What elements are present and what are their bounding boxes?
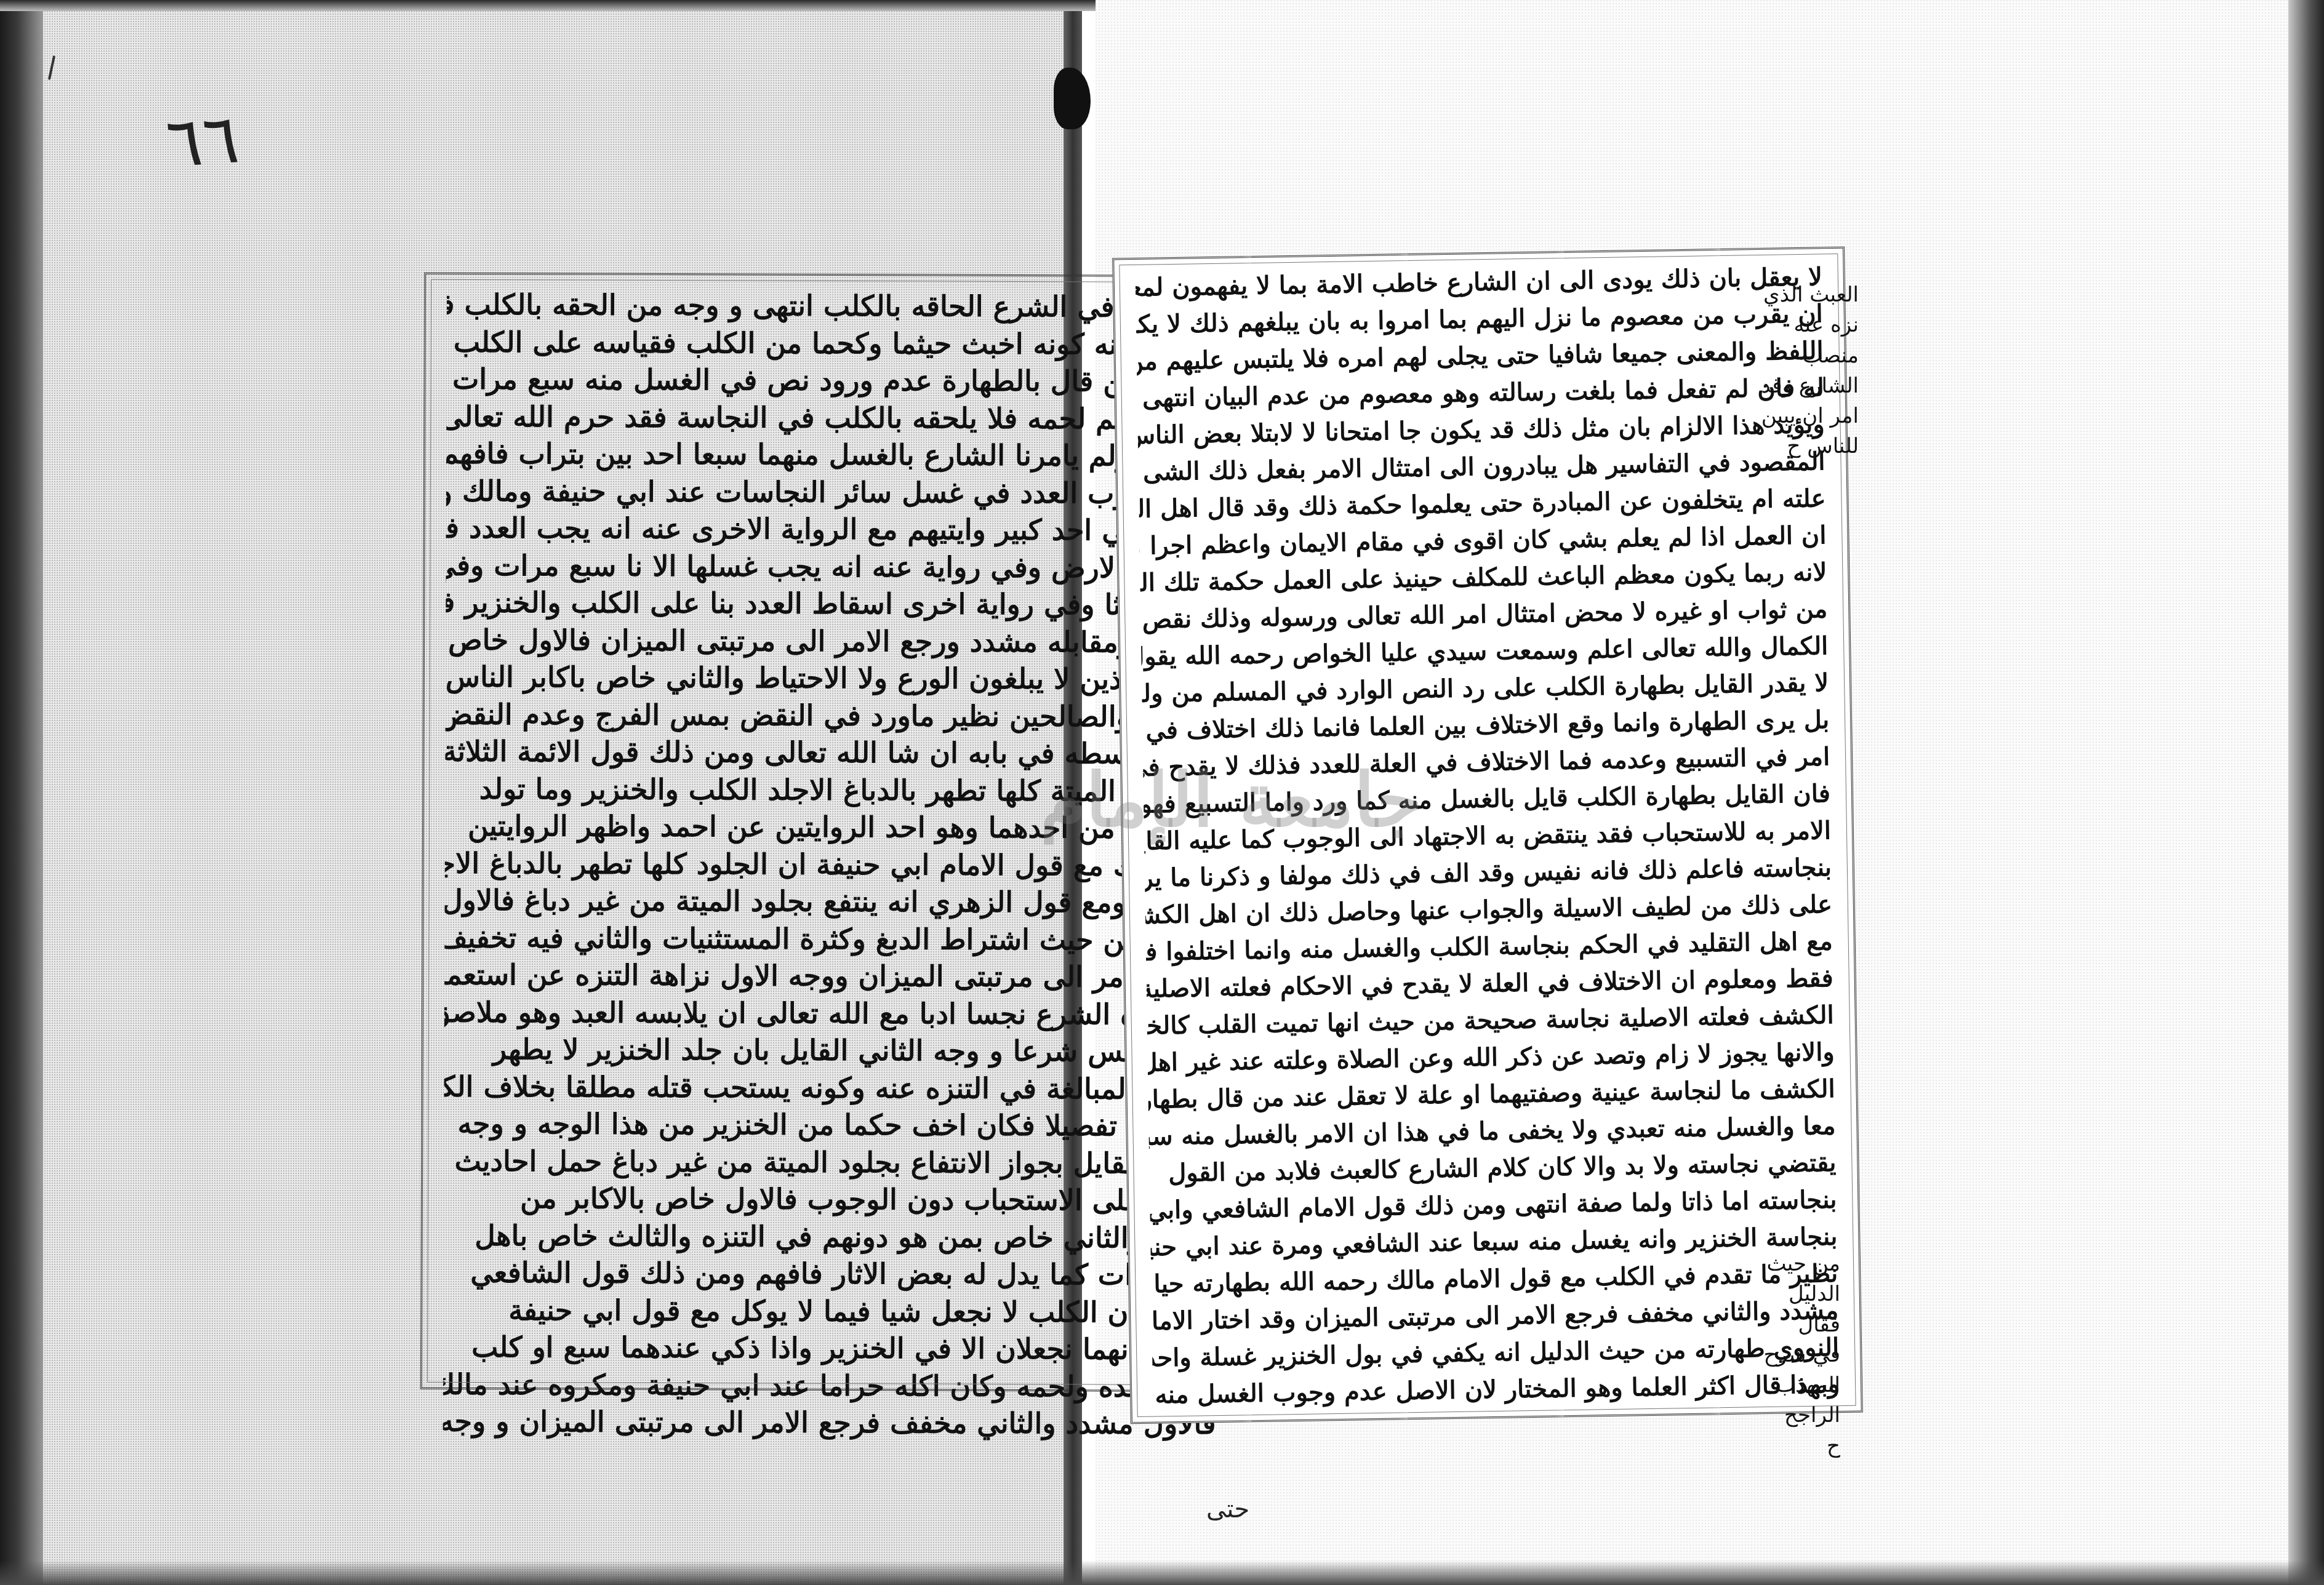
margin-note-line: للناس ح: [1736, 431, 1859, 461]
scan-edge-bottom: [0, 1560, 2324, 1585]
margin-note-line: ح: [1742, 1431, 1840, 1461]
text-line: اخرى ثلاثا وفي رواية اخرى اسقاط العدد بن…: [446, 588, 1219, 628]
manuscript-spread: ٦٦ حتى يرد في الشرع الحاقه بالكلب انتهى …: [0, 0, 2324, 1585]
margin-note-line: في شرح المهذب الراجح: [1742, 1340, 1840, 1431]
scan-edge-left: [0, 0, 43, 1585]
text-line: مخفف ومقابله مشدد ورجع الامر الى مرتبتى …: [446, 625, 1219, 665]
folio-number: ٦٦: [164, 99, 242, 183]
text-line: حتى يرد في الشرع الحاقه بالكلب انتهى و و…: [447, 290, 1220, 330]
margin-note-top: العبث الذي نزه عنه منصب الشارع وقد امر ا…: [1736, 280, 1859, 462]
text-line: ومالك انهما نجعلان الا في الخنزير واذا ذ…: [443, 1333, 1216, 1373]
text-line: ما سماه الشرع نجسا ادبا مع الله تعالى ان…: [444, 997, 1217, 1037]
text-line: الغسل منه كونه اخبث حيثما وكحما من الكلب…: [447, 327, 1220, 367]
text-line: الدباغ على الاستحباب دون الوجوب فالاول خ…: [444, 1184, 1217, 1224]
margin-note-line: العبث الذي نزه عنه منصب: [1736, 280, 1859, 371]
text-line: واحمد في احد كبير وايتيهم مع الرواية الا…: [446, 514, 1219, 554]
text-line: و وجه من قال بالطهارة عدم ورود نص في الغ…: [446, 365, 1219, 405]
scan-edge-right: [2288, 0, 2324, 1585]
text-line: والحمد ولم يامرنا الشارع بالغسل منهما سب…: [446, 439, 1219, 479]
text-line: كالعلما والصالحين نظير ماورد في النقض بم…: [446, 700, 1219, 740]
text-line: طهر جلده ولحمه وكان اكله حراما عند ابي ح…: [443, 1370, 1216, 1410]
text-line: الناس الذين لا يبلغون الورع ولا الاحتياط…: [446, 663, 1219, 703]
text-line: في غير الارض وفي رواية عنه انه يجب غسلها…: [446, 551, 1219, 591]
text-line: واما تحريم لحمه فلا يلحقه بالكلب في النج…: [446, 402, 1219, 442]
text-line: لشي نجس شرعا و وجه الثاني القايل بان جلد…: [444, 1035, 1217, 1075]
text-line: فان فيه تفصيلا فكان اخف حكما من الخنزير …: [444, 1109, 1217, 1149]
text-line: عن مالك مع قول الامام ابي حنيفة ان الجلو…: [445, 848, 1218, 888]
margin-note-line: الشارع وقد امر ان يبين: [1736, 371, 1859, 432]
catchword: حتى: [1206, 1495, 1249, 1523]
text-line: مشدد من حيث اشتراط الدبغ وكثرة المستثنيا…: [444, 923, 1217, 963]
left-text-lines: حتى يرد في الشرع الحاقه بالكلب انتهى و و…: [443, 290, 1220, 1447]
text-line: عدم وجوب العدد في غسل سائر النجاسات عند …: [446, 476, 1219, 516]
margin-note-line: من حيث الدليل فقال: [1742, 1249, 1840, 1340]
margin-note-bottom: من حيث الدليل فقال في شرح المهذب الراجح …: [1742, 1249, 1840, 1461]
text-line: الثاني القايل بجواز الانتفاع بجلود الميت…: [444, 1146, 1217, 1186]
text-line: العلما والثاني خاص بمن هو دونهم في التنز…: [444, 1221, 1217, 1261]
text-line: واحمد ان الكلب لا نجعل شيا فيما لا يوكل …: [443, 1295, 1216, 1335]
ink-blot: [1054, 68, 1091, 129]
text-line: الضرورات كما يدل له بعض الاثار فافهم ومن…: [443, 1258, 1216, 1298]
text-line: بالدباغ المبالغة في التنزه عنه وكونه يست…: [444, 1072, 1217, 1112]
scan-edge-top: [0, 0, 1096, 11]
text-line: فالاول مشدد والثاني مخفف فرجع الامر الى …: [443, 1407, 1216, 1447]
text-line: الخنزير ومع قول الزهري انه ينتفع بجلود ا…: [444, 886, 1217, 926]
text-line: ورجع الامر الى مرتبتى الميزان ووجه الاول…: [444, 960, 1217, 1000]
library-watermark: جامعة الإمام: [1040, 757, 1422, 844]
